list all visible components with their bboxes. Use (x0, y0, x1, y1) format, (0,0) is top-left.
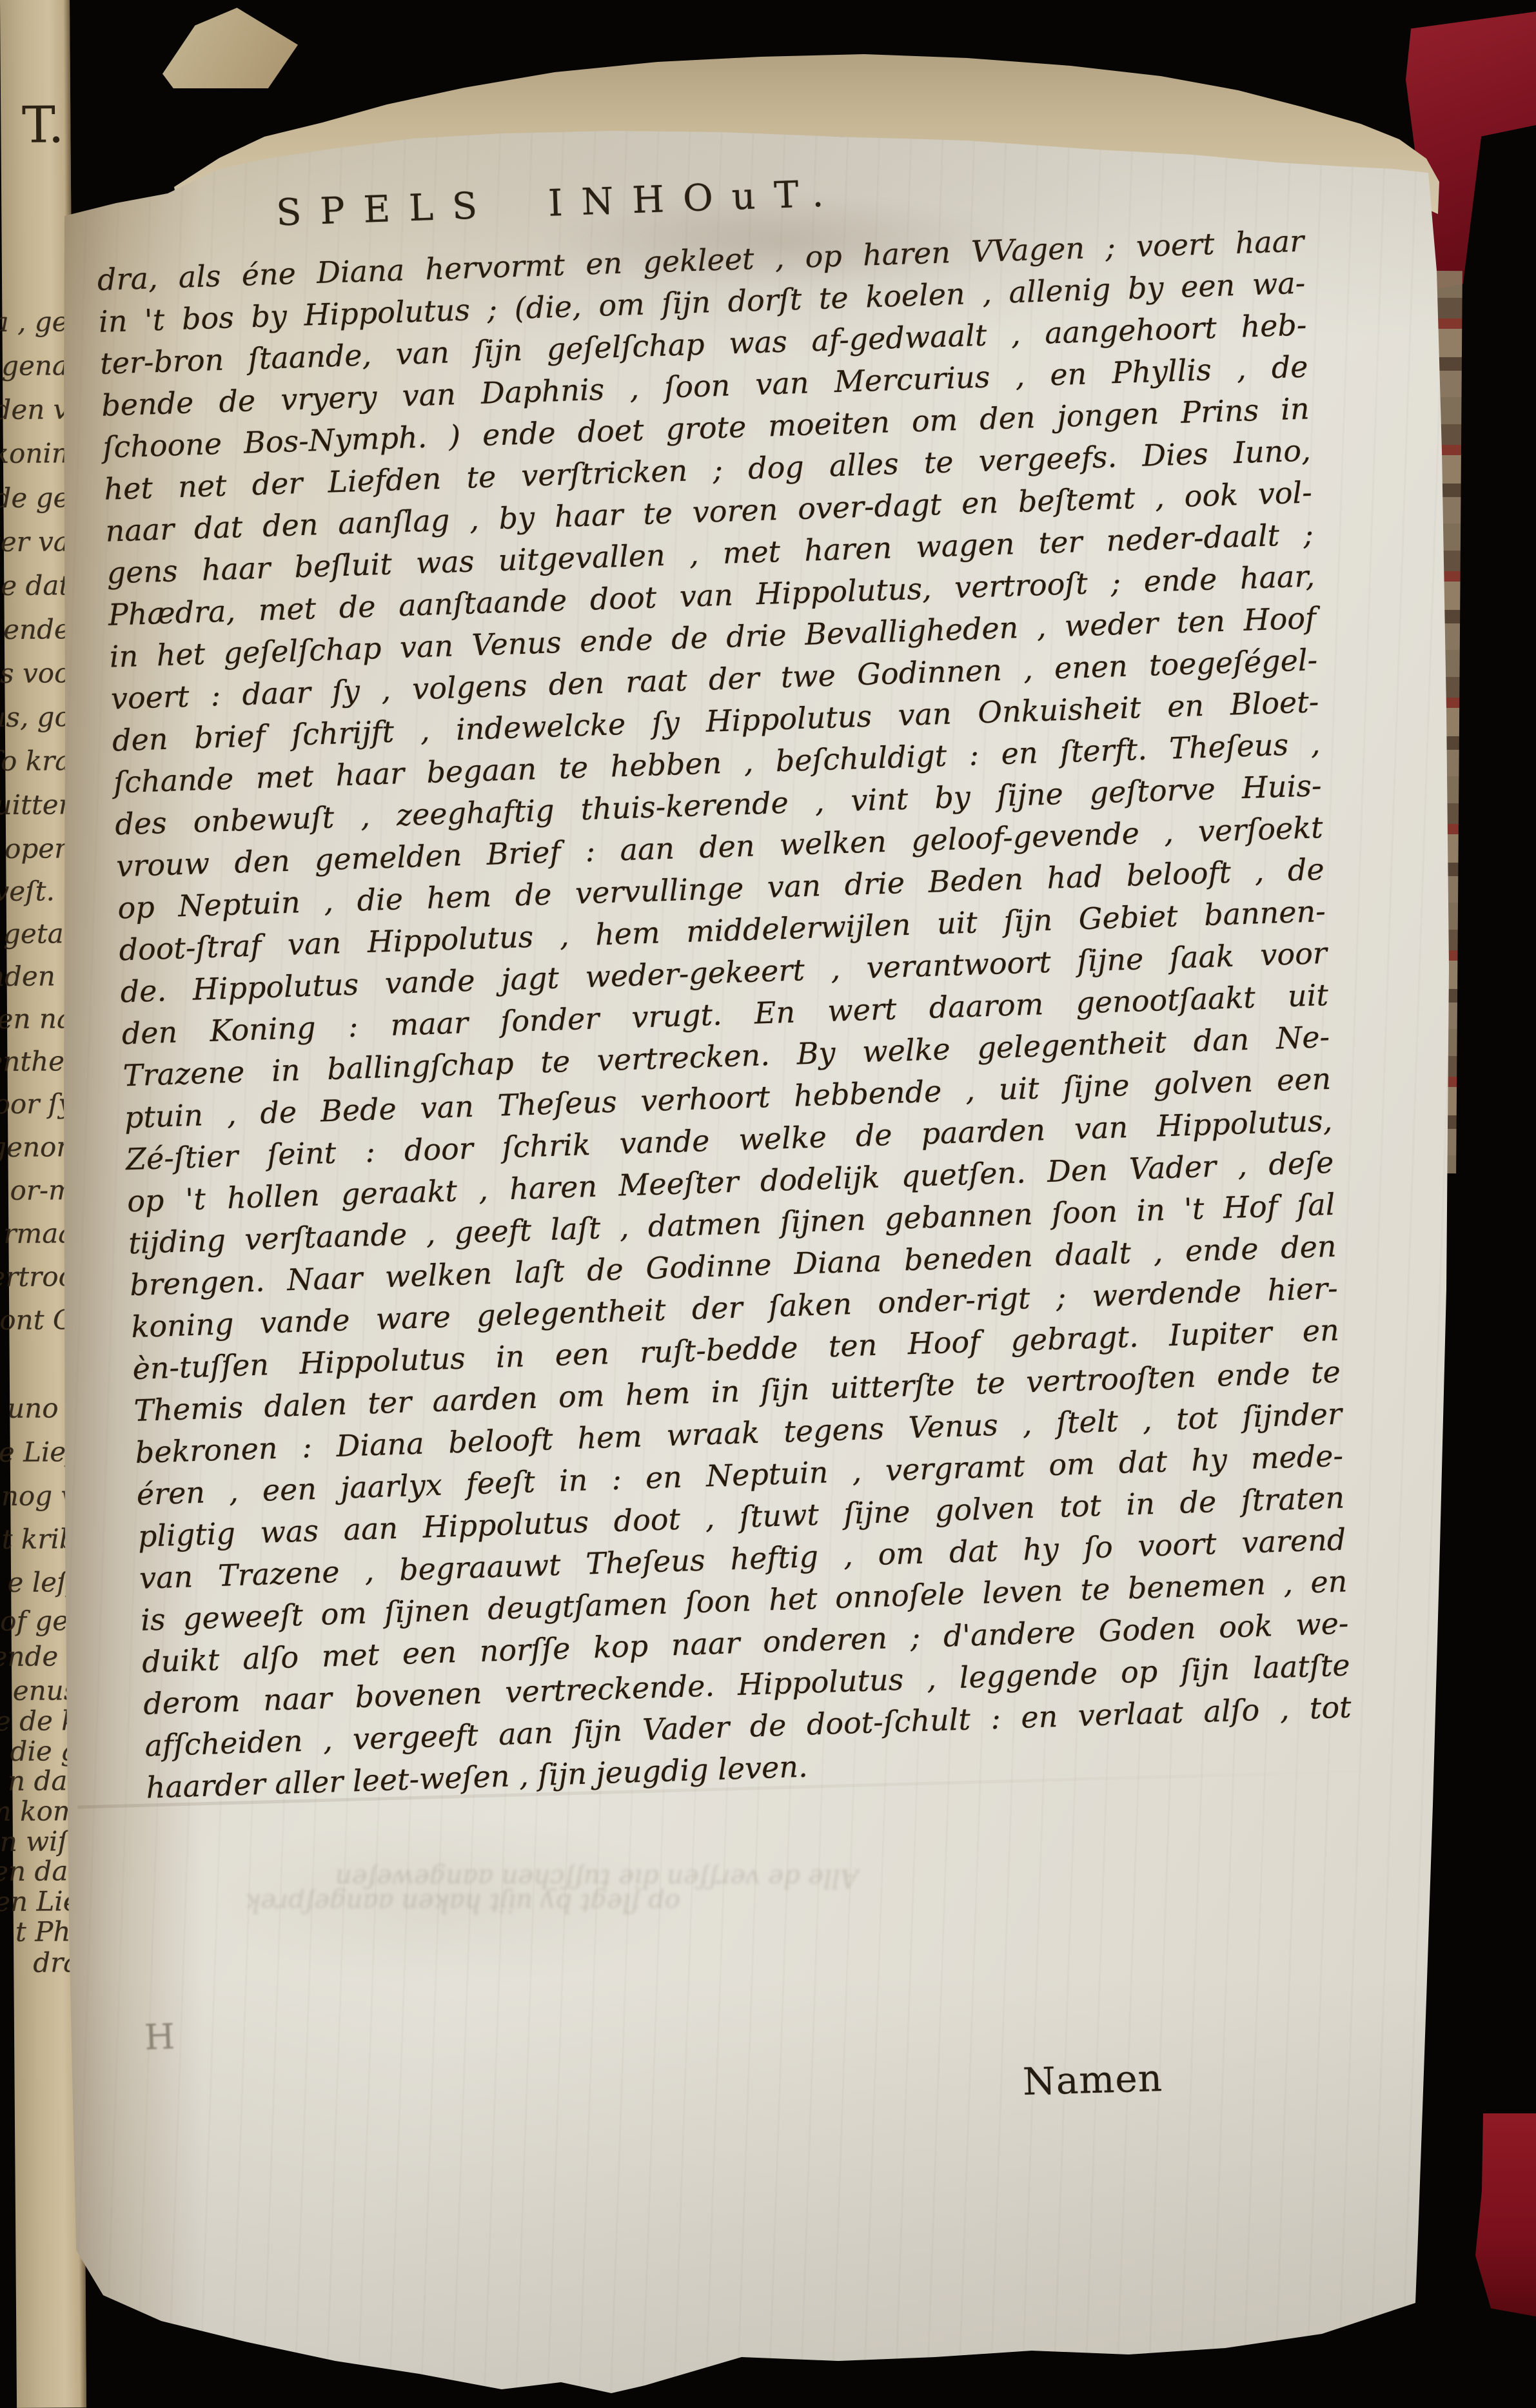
page-fragment: ont O (0, 1304, 75, 1336)
page-fragment: ertroo (0, 1260, 75, 1293)
page-fragment: ns gena (0, 349, 68, 382)
show-through-text: op ſlegt by uijt haken aangeſprek (245, 1888, 680, 1917)
page-fragment: as voo (0, 657, 70, 689)
page-fragment: tra , ge (0, 306, 68, 338)
page-fragment: us, go (0, 701, 71, 733)
page-fragment: inde ge (0, 482, 70, 514)
page-fragment: t open (0, 832, 72, 865)
page-fragment: de dat (0, 569, 70, 602)
previous-page-header-fragment: T. (22, 96, 64, 154)
page-fragment: e konin (0, 437, 69, 469)
catchword: Namen (1022, 2056, 1163, 2104)
page-fragment: veſt. l (0, 875, 72, 907)
page-fragment: uitter (0, 788, 72, 821)
binding-red-bottom-edge (1472, 2113, 1536, 2316)
page-fragment: e de k (0, 1705, 78, 1737)
page-fragment: nden , (0, 960, 73, 992)
page-fragment: ende ( (0, 1640, 77, 1672)
page-fragment: en na (0, 1003, 73, 1035)
book-page: SPELS INHOuT. dra, als éne Diana hervorm… (0, 0, 1536, 2408)
signature-mark: H (144, 2016, 175, 2058)
page-fragment: , ende (0, 613, 70, 645)
page-fragment: of gel (0, 1605, 77, 1637)
page-fragment: ter va (0, 525, 70, 558)
page-fragment: en dat (0, 1855, 79, 1887)
book-photograph: T. tra , ge ns gena y den v e konin inde… (0, 0, 1536, 2408)
page-fragment: genon (0, 1131, 74, 1163)
page-fragment: rmaa (3, 1217, 74, 1249)
page-fragment: getal (3, 917, 72, 950)
body-text-block: dra, als éne Diana hervormt en gekleet ,… (97, 220, 1354, 1809)
page-fragment: n wiſt (0, 1825, 79, 1857)
page-fragment: y den v (0, 393, 69, 426)
page-fragment: en Lie (0, 1885, 79, 1917)
page-fragment: m kom (0, 1795, 79, 1827)
page-fragment: ſo kra (0, 745, 71, 777)
page-fragment: enthei (0, 1045, 74, 1077)
page-fragment: e Lieſ (0, 1436, 76, 1468)
page-fragment: oor ſy (0, 1088, 74, 1120)
curled-page-corner (162, 8, 298, 88)
